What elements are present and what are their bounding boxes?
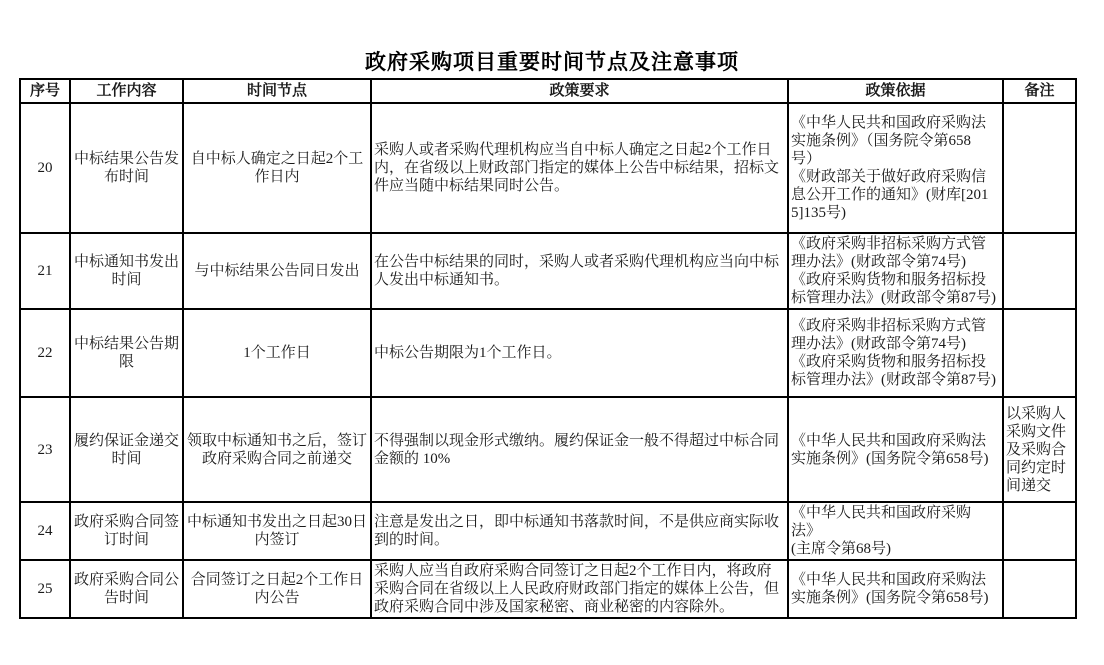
cell-work-content: 履约保证金递交时间 — [70, 397, 183, 502]
cell-time-node: 合同签订之日起2个工作日内公告 — [183, 560, 371, 618]
cell-work-content: 中标结果公告期限 — [70, 309, 183, 397]
cell-work-content: 中标结果公告发布时间 — [70, 103, 183, 233]
cell-policy-requirement: 采购人或者采购代理机构应当自中标人确定之日起2个工作日内，在省级以上财政部门指定… — [371, 103, 788, 233]
procurement-timeline-table: 序号 工作内容 时间节点 政策要求 政策依据 备注 20 中标结果公告发布时间 … — [19, 78, 1077, 619]
page-title: 政府采购项目重要时间节点及注意事项 — [0, 46, 1104, 76]
cell-policy-basis: 《中华人民共和国政府采购法实施条例》(国务院令第658号) — [788, 397, 1003, 502]
cell-seq: 20 — [20, 103, 70, 233]
table-row: 23 履约保证金递交时间 领取中标通知书之后，签订政府采购合同之前递交 不得强制… — [20, 397, 1076, 502]
col-header-time-node: 时间节点 — [183, 79, 371, 103]
table-header-row: 序号 工作内容 时间节点 政策要求 政策依据 备注 — [20, 79, 1076, 103]
cell-policy-basis: 《中华人民共和国政府采购法实施条例》(国务院令第658号) — [788, 560, 1003, 618]
cell-time-node: 中标通知书发出之日起30日内签订 — [183, 502, 371, 560]
cell-remark — [1003, 309, 1076, 397]
cell-policy-requirement: 中标公告期限为1个工作日。 — [371, 309, 788, 397]
col-header-policy-basis: 政策依据 — [788, 79, 1003, 103]
col-header-remark: 备注 — [1003, 79, 1076, 103]
cell-seq: 25 — [20, 560, 70, 618]
table-row: 25 政府采购合同公告时间 合同签订之日起2个工作日内公告 采购人应当自政府采购… — [20, 560, 1076, 618]
table-row: 24 政府采购合同签订时间 中标通知书发出之日起30日内签订 注意是发出之日，即… — [20, 502, 1076, 560]
cell-seq: 23 — [20, 397, 70, 502]
cell-remark — [1003, 560, 1076, 618]
cell-policy-requirement: 采购人应当自政府采购合同签订之日起2个工作日内，将政府采购合同在省级以上人民政府… — [371, 560, 788, 618]
cell-seq: 24 — [20, 502, 70, 560]
cell-work-content: 政府采购合同签订时间 — [70, 502, 183, 560]
cell-policy-requirement: 注意是发出之日，即中标通知书落款时间，不是供应商实际收到的时间。 — [371, 502, 788, 560]
cell-remark — [1003, 233, 1076, 309]
cell-seq: 21 — [20, 233, 70, 309]
col-header-seq: 序号 — [20, 79, 70, 103]
cell-policy-requirement: 在公告中标结果的同时，采购人或者采购代理机构应当向中标人发出中标通知书。 — [371, 233, 788, 309]
cell-policy-basis: 《政府采购非招标采购方式管理办法》(财政部令第74号) 《政府采购货物和服务招标… — [788, 233, 1003, 309]
cell-policy-basis: 《政府采购非招标采购方式管理办法》(财政部令第74号) 《政府采购货物和服务招标… — [788, 309, 1003, 397]
cell-time-node: 与中标结果公告同日发出 — [183, 233, 371, 309]
cell-work-content: 中标通知书发出时间 — [70, 233, 183, 309]
cell-policy-basis: 《中华人民共和国政府采购法》 (主席令第68号) — [788, 502, 1003, 560]
table-row: 20 中标结果公告发布时间 自中标人确定之日起2个工作日内 采购人或者采购代理机… — [20, 103, 1076, 233]
table-row: 22 中标结果公告期限 1个工作日 中标公告期限为1个工作日。 《政府采购非招标… — [20, 309, 1076, 397]
cell-remark — [1003, 502, 1076, 560]
cell-time-node: 自中标人确定之日起2个工作日内 — [183, 103, 371, 233]
document-page: 政府采购项目重要时间节点及注意事项 序号 工作内容 时间节点 政策要求 政策依据… — [0, 0, 1104, 665]
cell-policy-basis: 《中华人民共和国政府采购法实施条例》（国务院令第658号） 《财政部关于做好政府… — [788, 103, 1003, 233]
cell-time-node: 1个工作日 — [183, 309, 371, 397]
cell-time-node: 领取中标通知书之后，签订政府采购合同之前递交 — [183, 397, 371, 502]
cell-remark: 以采购人采购文件及采购合同约定时间递交 — [1003, 397, 1076, 502]
table-row: 21 中标通知书发出时间 与中标结果公告同日发出 在公告中标结果的同时，采购人或… — [20, 233, 1076, 309]
cell-seq: 22 — [20, 309, 70, 397]
col-header-policy-requirement: 政策要求 — [371, 79, 788, 103]
cell-work-content: 政府采购合同公告时间 — [70, 560, 183, 618]
cell-policy-requirement: 不得强制以现金形式缴纳。履约保证金一般不得超过中标合同金额的 10% — [371, 397, 788, 502]
cell-remark — [1003, 103, 1076, 233]
col-header-work-content: 工作内容 — [70, 79, 183, 103]
